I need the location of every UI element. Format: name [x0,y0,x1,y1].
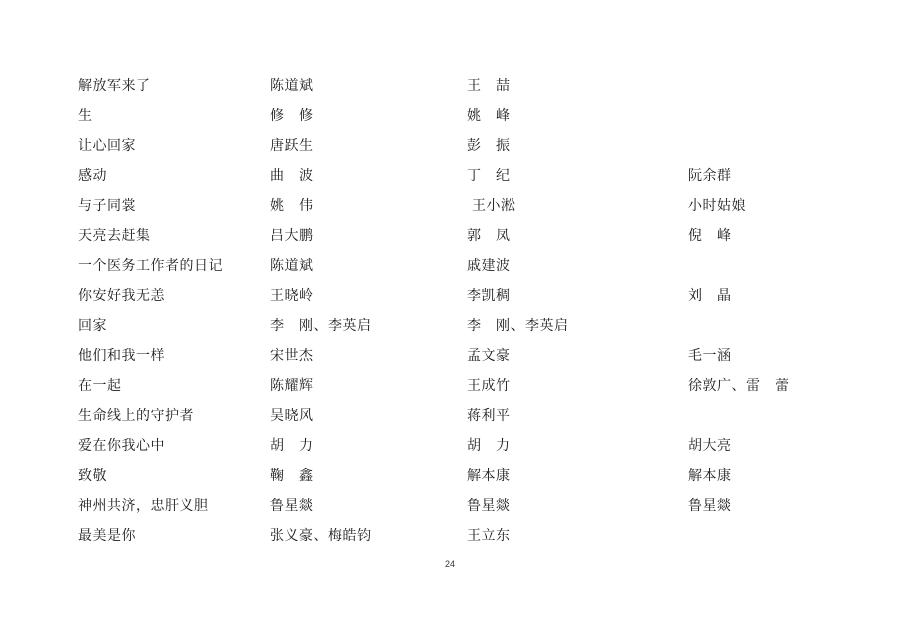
song-title: 致敬 [78,461,107,491]
table-row: 一个医务工作者的日记陈道斌戚建波 [0,251,900,281]
lyricist: 王晓岭 [270,281,314,311]
lyricist: 鞠 鑫 [270,461,314,491]
performer: 倪 峰 [688,221,732,251]
lyricist: 鲁星燚 [270,491,314,521]
table-row: 与子同裳姚 伟 王小淞小时姑娘 [0,191,900,221]
lyricist: 陈道斌 [270,71,314,101]
document-page: 解放军来了陈道斌王 喆生修 修姚 峰让心回家唐跃生彭 振感动曲 波丁 纪阮余群与… [0,0,900,636]
performer: 小时姑娘 [688,191,746,221]
composer: 李凯稠 [467,281,511,311]
performer: 鲁星燚 [688,491,732,521]
lyricist: 胡 力 [270,431,314,461]
song-title: 一个医务工作者的日记 [78,251,223,281]
table-row: 解放军来了陈道斌王 喆 [0,71,900,101]
song-title: 神州共济，忠肝义胆 [78,491,209,521]
table-row: 天亮去赶集吕大鹏郭 凤倪 峰 [0,221,900,251]
song-title: 感动 [78,161,107,191]
table-row: 最美是你张义豪、梅皓钧王立东 [0,521,900,551]
song-title: 他们和我一样 [78,341,165,371]
performer: 徐敦广、雷 蕾 [688,371,790,401]
song-title: 回家 [78,311,107,341]
song-title: 与子同裳 [78,191,136,221]
lyricist: 姚 伟 [270,191,314,221]
lyricist: 张义豪、梅皓钧 [270,521,372,551]
song-title: 天亮去赶集 [78,221,151,251]
composer: 王 喆 [467,71,511,101]
lyricist: 李 刚、李英启 [270,311,372,341]
composer: 姚 峰 [467,101,511,131]
table-row: 神州共济，忠肝义胆鲁星燚鲁星燚鲁星燚 [0,491,900,521]
song-title: 让心回家 [78,131,136,161]
song-title: 生 [78,101,93,131]
song-title: 生命线上的守护者 [78,401,194,431]
table-row: 爱在你我心中胡 力胡 力胡大亮 [0,431,900,461]
composer: 王成竹 [467,371,511,401]
lyricist: 吕大鹏 [270,221,314,251]
song-title: 最美是你 [78,521,136,551]
performer: 刘 晶 [688,281,732,311]
lyricist: 陈道斌 [270,251,314,281]
composer: 戚建波 [467,251,511,281]
performer: 阮余群 [688,161,732,191]
performer: 毛一涵 [688,341,732,371]
composer: 蒋利平 [467,401,511,431]
page-number: 24 [0,559,900,569]
table-row: 致敬鞠 鑫解本康解本康 [0,461,900,491]
composer: 解本康 [467,461,511,491]
composer: 郭 凤 [467,221,511,251]
table-row: 你安好我无恙王晓岭李凯稠刘 晶 [0,281,900,311]
table-row: 让心回家唐跃生彭 振 [0,131,900,161]
table-row: 感动曲 波丁 纪阮余群 [0,161,900,191]
performer: 胡大亮 [688,431,732,461]
composer: 孟文豪 [467,341,511,371]
table-row: 生命线上的守护者吴晓风蒋利平 [0,401,900,431]
composer: 彭 振 [467,131,511,161]
table-row: 生修 修姚 峰 [0,101,900,131]
lyricist: 修 修 [270,101,314,131]
lyricist: 吴晓风 [270,401,314,431]
lyricist: 陈耀辉 [270,371,314,401]
table-row: 在一起陈耀辉王成竹徐敦广、雷 蕾 [0,371,900,401]
composer: 鲁星燚 [467,491,511,521]
song-title: 爱在你我心中 [78,431,165,461]
table-row: 他们和我一样宋世杰孟文豪毛一涵 [0,341,900,371]
song-title: 你安好我无恙 [78,281,165,311]
lyricist: 曲 波 [270,161,314,191]
composer: 李 刚、李英启 [467,311,569,341]
composer: 胡 力 [467,431,511,461]
lyricist: 唐跃生 [270,131,314,161]
song-title: 解放军来了 [78,71,151,101]
song-title: 在一起 [78,371,122,401]
lyricist: 宋世杰 [270,341,314,371]
composer: 王立东 [467,521,511,551]
composer: 丁 纪 [467,161,511,191]
composer: 王小淞 [467,191,515,221]
table-row: 回家李 刚、李英启李 刚、李英启 [0,311,900,341]
performer: 解本康 [688,461,732,491]
